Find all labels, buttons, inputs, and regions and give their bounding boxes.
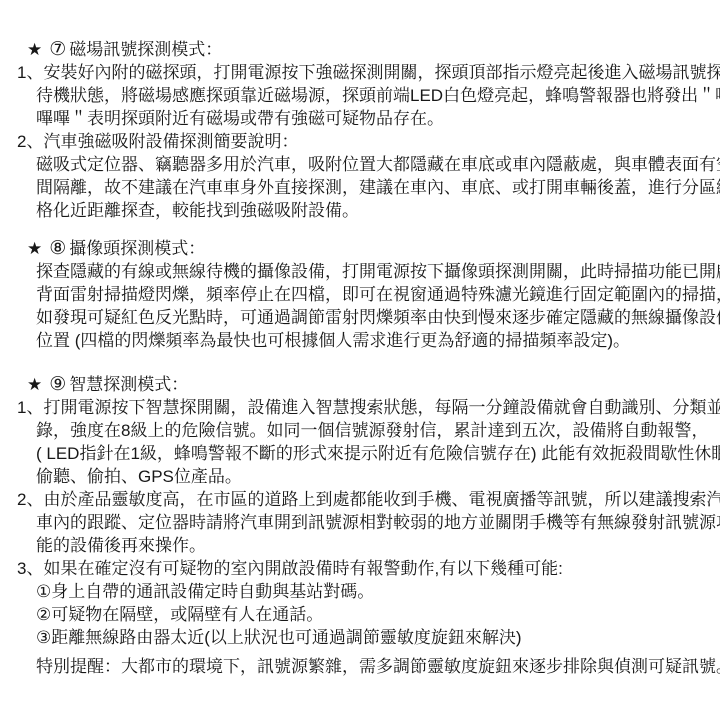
text-line: ( LED指針在1級，蜂鳴警報不斷的形式來提示附近有危險信號存在) 此能有效扼殺… [36, 442, 720, 465]
text-line: 背面雷射掃描燈閃爍，頻率停止在四檔，即可在視窗通過特殊濾光鏡進行固定範圍內的掃描… [36, 283, 720, 306]
text-line: 2、汽車強磁吸附設備探測簡要說明： [17, 130, 720, 153]
text-line: 格化近距離探查，較能找到強磁吸附設備。 [36, 199, 720, 222]
circled-7-icon: ⑦ [49, 38, 66, 61]
section-smart-mode: ★⑨智慧探測模式： 1、打開電源按下智慧探開關，設備進入智慧搜索狀態，每隔一分鐘… [0, 373, 720, 649]
text-line: 如發現可疑紅色反光點時，可通過調節雷射閃爍頻率由快到慢來逐步確定隱藏的無線攝像設… [36, 306, 720, 329]
text-line: 2、由於產品靈敏度高，在市區的道路上到處都能收到手機、電視廣播等訊號，所以建議搜… [17, 488, 720, 511]
text-line: 1、安裝好內附的磁探頭，打開電源按下強磁探測開關，探頭頂部指示燈亮起後進入磁場訊… [17, 61, 720, 84]
section-title: 攝像頭探測模式： [69, 239, 205, 258]
text-line: 錄，強度在8級上的危險信號。如同一個信號源發射信，累計達到五次，設備將自動報警， [36, 419, 720, 442]
section-camera-mode: ★⑧攝像頭探測模式： 探查隱藏的有線或無線待機的攝像設備，打開電源按下攝像頭探測… [0, 237, 720, 352]
section-title: 智慧探測模式： [69, 375, 188, 394]
text-line: ③距離無線路由器太近(以上狀況也可通過調節靈敏度旋鈕來解決) [36, 626, 720, 649]
section-header-smart: ★⑨智慧探測模式： [27, 373, 720, 396]
text-line: 車內的跟蹤、定位器時請將汽車開到訊號源相對較弱的地方並關閉手機等有無線發射訊號源… [36, 511, 720, 534]
text-line: ①身上自帶的通訊設備定時自動與基站對碼。 [36, 580, 720, 603]
star-icon: ★ [27, 373, 42, 396]
text-line: 偷聽、偷拍、GPS位產品。 [36, 465, 720, 488]
section-title: 磁場訊號探測模式： [69, 40, 222, 59]
section-magnetic-mode: ★⑦磁場訊號探測模式： 1、安裝好內附的磁探頭，打開電源按下強磁探測開關，探頭頂… [0, 38, 720, 222]
text-line: 位置 (四檔的閃爍頻率為最快也可根據個人需求進行更為舒適的掃描頻率設定)。 [36, 329, 720, 352]
manual-page: ★⑦磁場訊號探測模式： 1、安裝好內附的磁探頭，打開電源按下強磁探測開關，探頭頂… [0, 0, 720, 678]
text-line: 1、打開電源按下智慧探開關，設備進入智慧搜索狀態，每隔一分鐘設備就會自動識別、分… [17, 396, 720, 419]
text-line: 3、如果在確定沒有可疑物的室內開啟設備時有報警動作,有以下幾種可能: [17, 557, 720, 580]
text-line: 能的設備後再來操作。 [36, 534, 720, 557]
text-line: 探查隱藏的有線或無線待機的攝像設備，打開電源按下攝像頭探測開關，此時掃描功能已開… [36, 260, 720, 283]
text-line: 磁吸式定位器、竊聽器多用於汽車，吸附位置大都隱藏在車底或車內隱蔽處，與車體表面有… [36, 153, 720, 176]
star-icon: ★ [27, 237, 42, 260]
star-icon: ★ [27, 38, 42, 61]
section-header-magnetic: ★⑦磁場訊號探測模式： [27, 38, 720, 61]
text-line: 間隔離，故不建議在汽車車身外直接探測，建議在車內、車底、或打開車輛後蓋，進行分區… [36, 176, 720, 199]
text-line: 嗶嗶＂表明探頭附近有磁場或帶有強磁可疑物品存在。 [36, 107, 720, 130]
special-note: 特別提醒：大都市的環境下，訊號源繁雜，需多調節靈敏度旋鈕來逐步排除與偵測可疑訊號… [36, 655, 720, 678]
section-header-camera: ★⑧攝像頭探測模式： [27, 237, 720, 260]
circled-9-icon: ⑨ [49, 373, 66, 396]
circled-8-icon: ⑧ [49, 237, 66, 260]
text-line: ②可疑物在隔壁，或隔壁有人在通話。 [36, 603, 720, 626]
text-line: 待機狀態，將磁場感應探頭靠近磁場源，探頭前端LED白色燈亮起，蜂鳴警報器也將發出… [36, 84, 720, 107]
